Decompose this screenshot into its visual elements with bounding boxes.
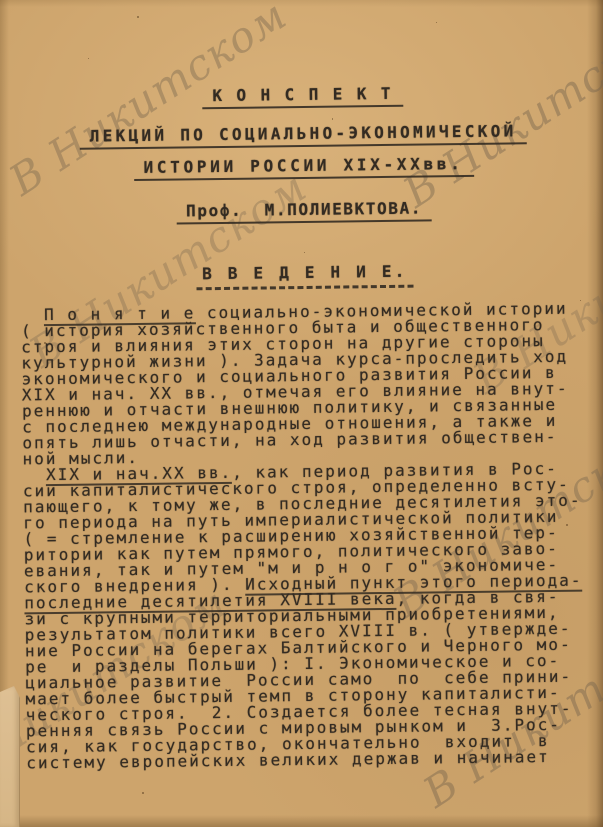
typewritten-content: К О Н С П Е К Т ЛЕКЦИЙ ПО СОЦИАЛЬНО-ЭКОН… — [0, 0, 603, 827]
section-heading: В В Е Д Е Н И Е. — [3, 260, 603, 285]
document-title-line-2: ЛЕКЦИЙ ПО СОЦИАЛЬНО-ЭКОНОМИЧЕСКОЙ — [2, 121, 603, 146]
document-title-line-1: К О Н С П Е К Т — [1, 82, 603, 107]
paper-speck — [137, 16, 139, 18]
document-title-line-3: ИСТОРИИ РОССИИ XIX-XXвв. — [2, 153, 603, 178]
author-line: Проф. М.ПОЛИЕВКТОВА. — [2, 197, 603, 222]
paper-speck — [142, 792, 144, 794]
body-lines: П о н я т и е социально-экономической ис… — [21, 301, 585, 772]
tape-patch — [0, 686, 20, 827]
body-line: систему европейских великих держав и нач… — [26, 749, 585, 772]
paper-speck — [304, 252, 305, 253]
paper-speck — [60, 470, 61, 472]
paper-speck — [566, 524, 568, 526]
paper-speck — [332, 118, 333, 120]
paper-speck — [44, 342, 46, 344]
paper-speck — [436, 22, 437, 23]
scanned-page: В Никитском В Никитском В Никитском В Ни… — [0, 0, 603, 827]
paper-speck — [580, 300, 581, 301]
paper-speck — [88, 58, 89, 59]
